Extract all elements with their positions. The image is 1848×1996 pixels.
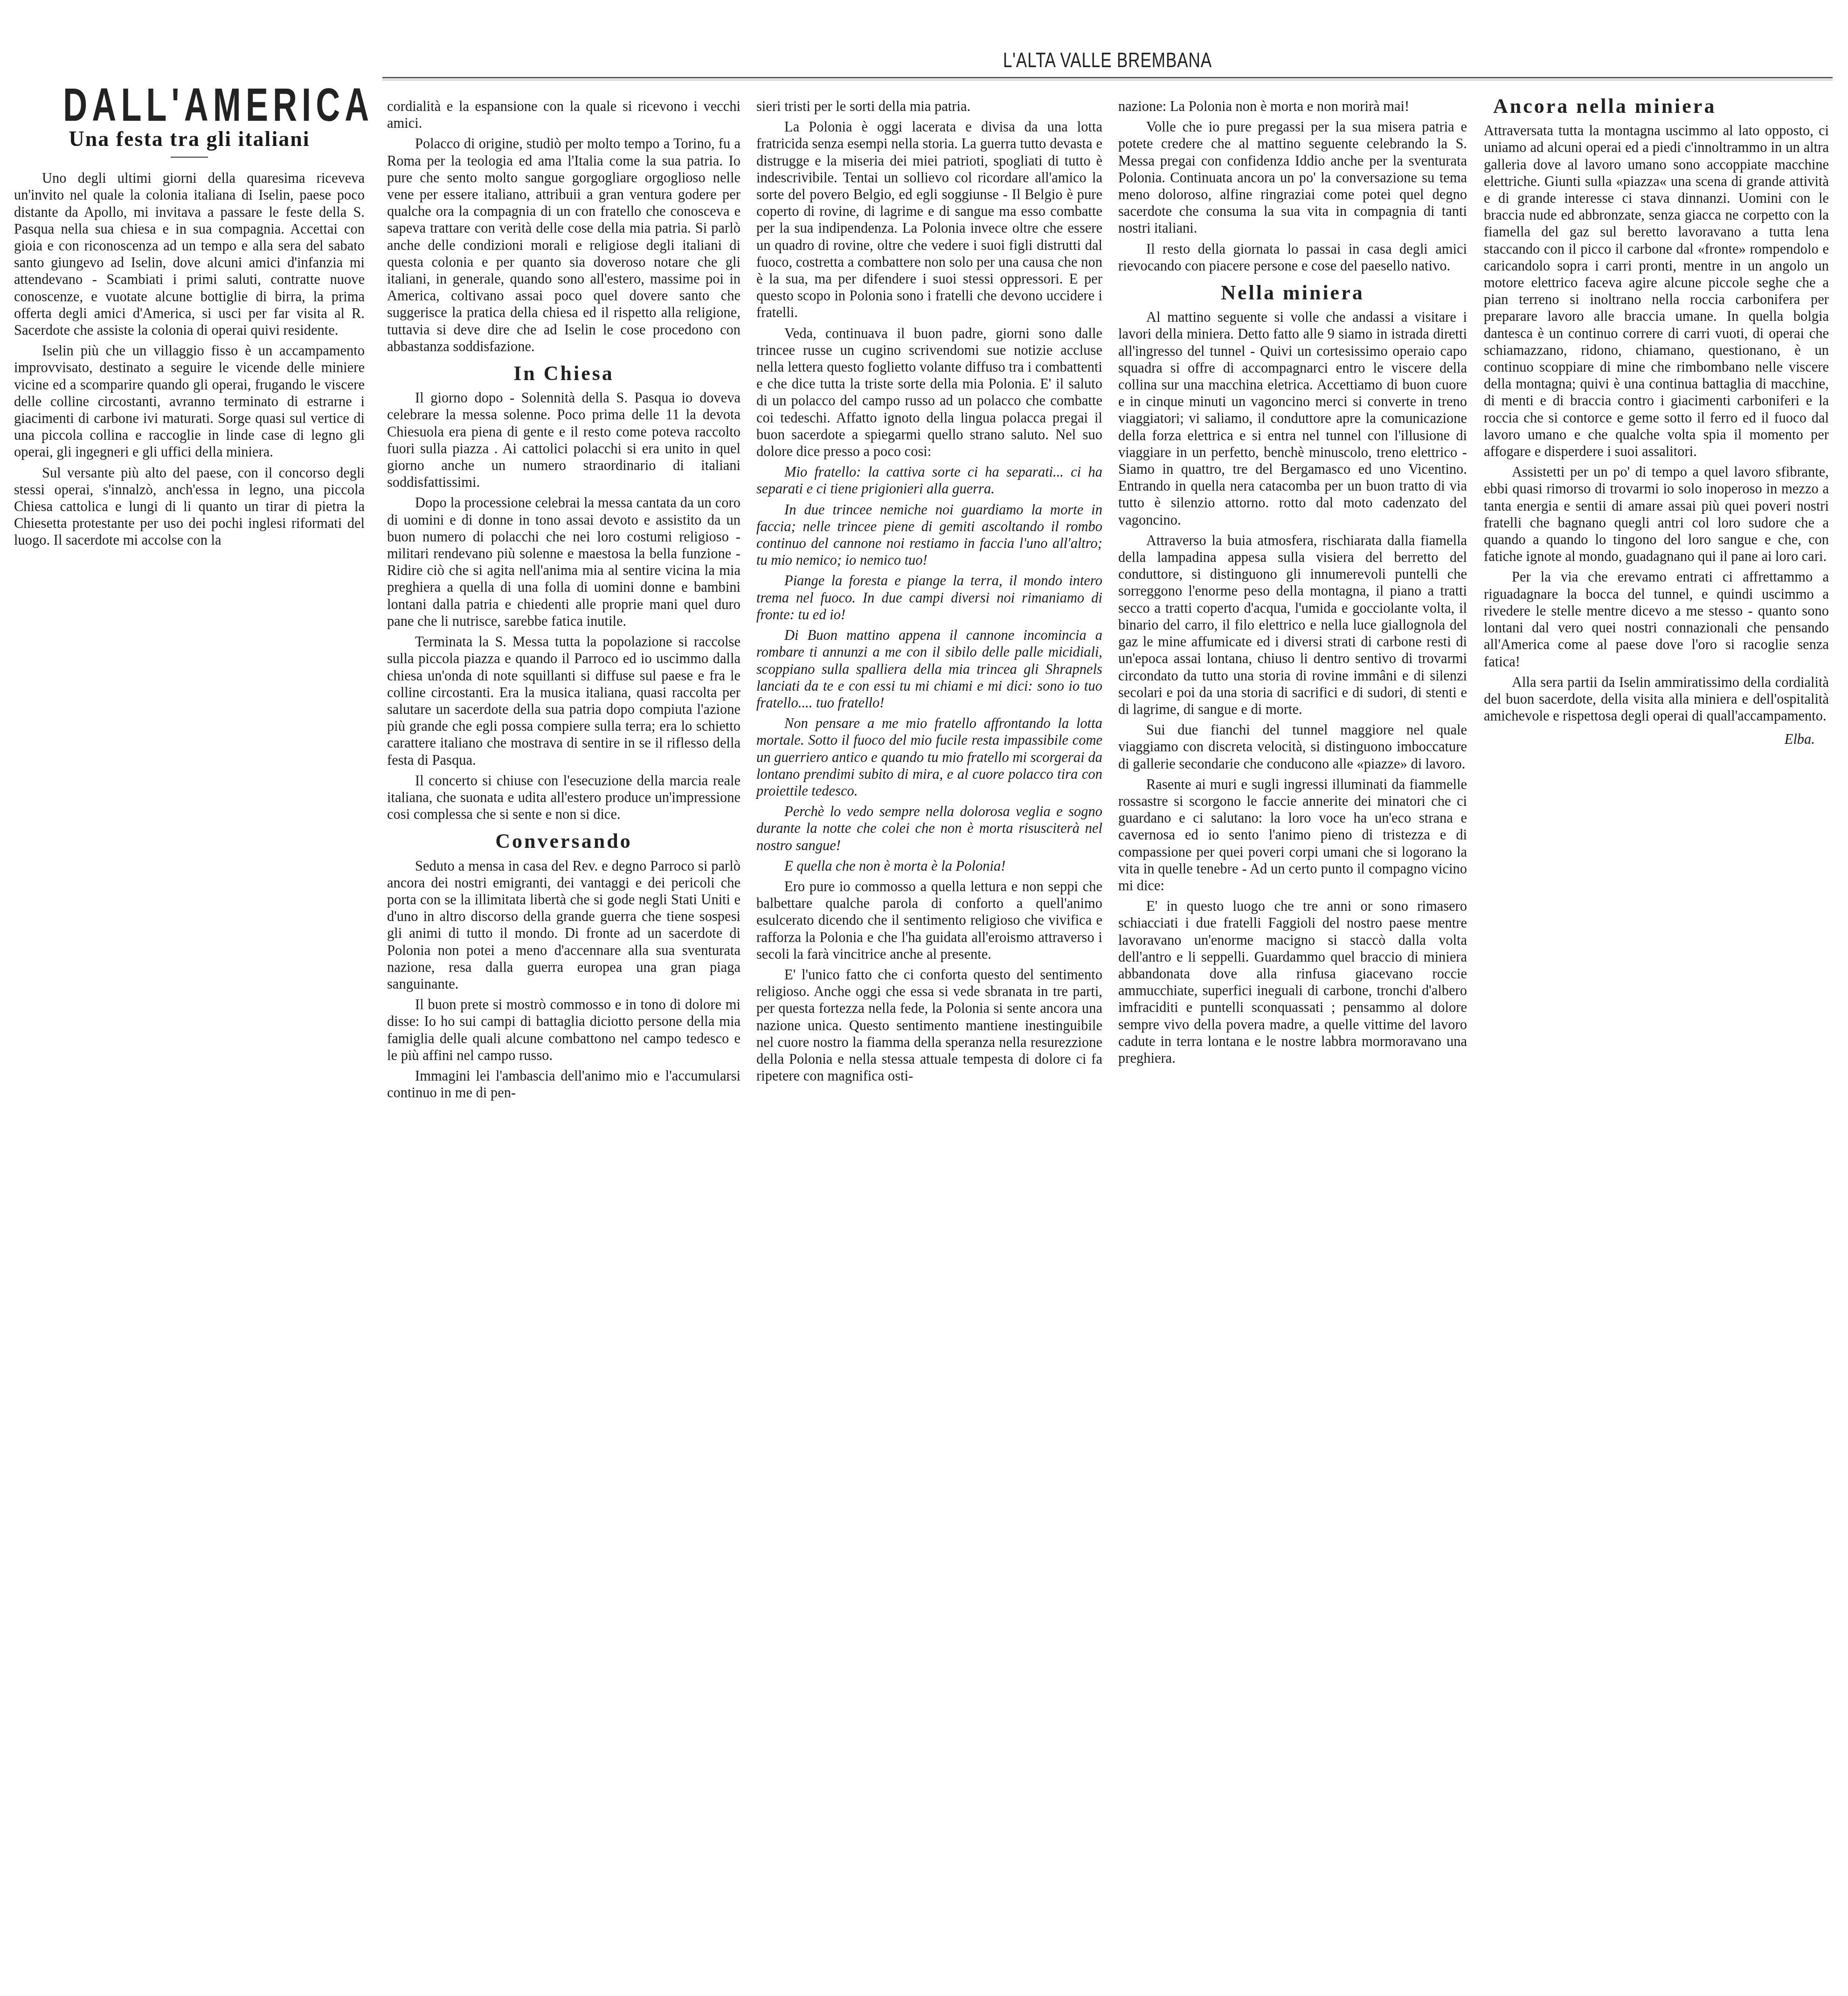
section-heading: In Chiesa: [387, 365, 741, 382]
author-signature: Elba.: [1484, 731, 1829, 748]
paragraph: sieri tristi per le sorti della mia patr…: [756, 98, 1102, 115]
article-title: DALL'AMERICA: [63, 79, 315, 131]
paragraph: Ero pure io commosso a quella lettura e …: [756, 878, 1102, 963]
paragraph: Sui due fianchi del tunnel maggiore nel …: [1118, 721, 1467, 772]
paragraph: Terminata la S. Messa tutta la popolazio…: [387, 633, 741, 769]
paragraph: Sul versante più alto del paese, con il …: [14, 464, 365, 549]
article-subtitle: Una festa tra gli italiani: [14, 131, 365, 147]
quoted-paragraph: In due trincee nemiche noi guardiamo la …: [756, 501, 1102, 569]
paragraph: Rasente ai muri e sugli ingressi illumin…: [1118, 776, 1467, 894]
paragraph: Alla sera partii da Iselin ammiratissimo…: [1484, 674, 1829, 725]
paragraph: Il concerto si chiuse con l'esecuzione d…: [387, 772, 741, 823]
newspaper-title: L'ALTA VALLE BREMBANA: [527, 49, 1688, 72]
paragraph: E' in questo luogo che tre anni or sono …: [1118, 898, 1467, 1067]
paragraph: Al mattino seguente si volle che andassi…: [1118, 309, 1467, 528]
column-5: Ancora nella minieraAttraversata tutta l…: [1484, 98, 1829, 748]
paragraph: Assistetti per un po' di tempo a quel la…: [1484, 464, 1829, 565]
paragraph: cordialità e la espansione con la quale …: [387, 98, 741, 132]
paragraph: Il giorno dopo - Solennità della S. Pasq…: [387, 389, 741, 491]
paragraph: Uno degli ultimi giorni della quaresima …: [14, 170, 365, 339]
paragraph: Volle che io pure pregassi per la sua mi…: [1118, 118, 1467, 236]
paragraph: Attraversata tutta la montagna uscimmo a…: [1484, 122, 1829, 460]
quoted-paragraph: E quella che non è morta è la Polonia!: [756, 858, 1102, 874]
section-heading: Nella miniera: [1118, 284, 1467, 301]
column-3: sieri tristi per le sorti della mia patr…: [756, 98, 1102, 1088]
paragraph: Iselin più che un villaggio fisso è un a…: [14, 342, 365, 460]
column-4: nazione: La Polonia non è morta e non mo…: [1118, 98, 1467, 1070]
column-1: DALL'AMERICA Una festa tra gli italiani …: [14, 79, 365, 553]
masthead: L'ALTA VALLE BREMBANA: [382, 44, 1833, 86]
column-body: Ancora nella minieraAttraversata tutta l…: [1484, 98, 1829, 724]
paragraph: Veda, continuava il buon padre, giorni s…: [756, 325, 1102, 460]
paragraph: Polacco di origine, studiò per molto tem…: [387, 135, 741, 355]
paragraph: Per la via che erevamo entrati ci affret…: [1484, 568, 1829, 670]
section-heading: Ancora nella miniera: [1484, 98, 1829, 115]
column-body: Uno degli ultimi giorni della quaresima …: [14, 170, 365, 548]
column-body: sieri tristi per le sorti della mia patr…: [756, 98, 1102, 1084]
paragraph: E' l'unico fatto che ci conforta questo …: [756, 966, 1102, 1084]
column-body: cordialità e la espansione con la quale …: [387, 98, 741, 1101]
paragraph: Seduto a mensa in casa del Rev. e degno …: [387, 858, 741, 993]
quoted-paragraph: Perchè lo vedo sempre nella dolorosa veg…: [756, 803, 1102, 854]
paragraph: La Polonia è oggi lacerata e divisa da u…: [756, 118, 1102, 321]
quoted-paragraph: Piange la foresta e piange la terra, il …: [756, 572, 1102, 623]
column-2: cordialità e la espansione con la quale …: [387, 98, 741, 1105]
paragraph: Attraverso la buia atmosfera, rischiarat…: [1118, 532, 1467, 718]
title-divider: [171, 157, 208, 158]
section-heading: Conversando: [387, 833, 741, 850]
paragraph: Dopo la processione celebrai la messa ca…: [387, 494, 741, 630]
quoted-paragraph: Di Buon mattino appena il cannone incomi…: [756, 627, 1102, 711]
quoted-paragraph: Non pensare a me mio fratello affrontand…: [756, 715, 1102, 799]
column-body: nazione: La Polonia non è morta e non mo…: [1118, 98, 1467, 1067]
paragraph: nazione: La Polonia non è morta e non mo…: [1118, 98, 1467, 115]
quoted-paragraph: Mio fratello: la cattiva sorte ci ha sep…: [756, 464, 1102, 497]
masthead-rule: [382, 77, 1833, 80]
paragraph: Il buon prete si mostrò commosso e in to…: [387, 996, 741, 1064]
paragraph: Immagini lei l'ambascia dell'animo mio e…: [387, 1067, 741, 1101]
paragraph: Il resto della giornata lo passai in cas…: [1118, 241, 1467, 274]
